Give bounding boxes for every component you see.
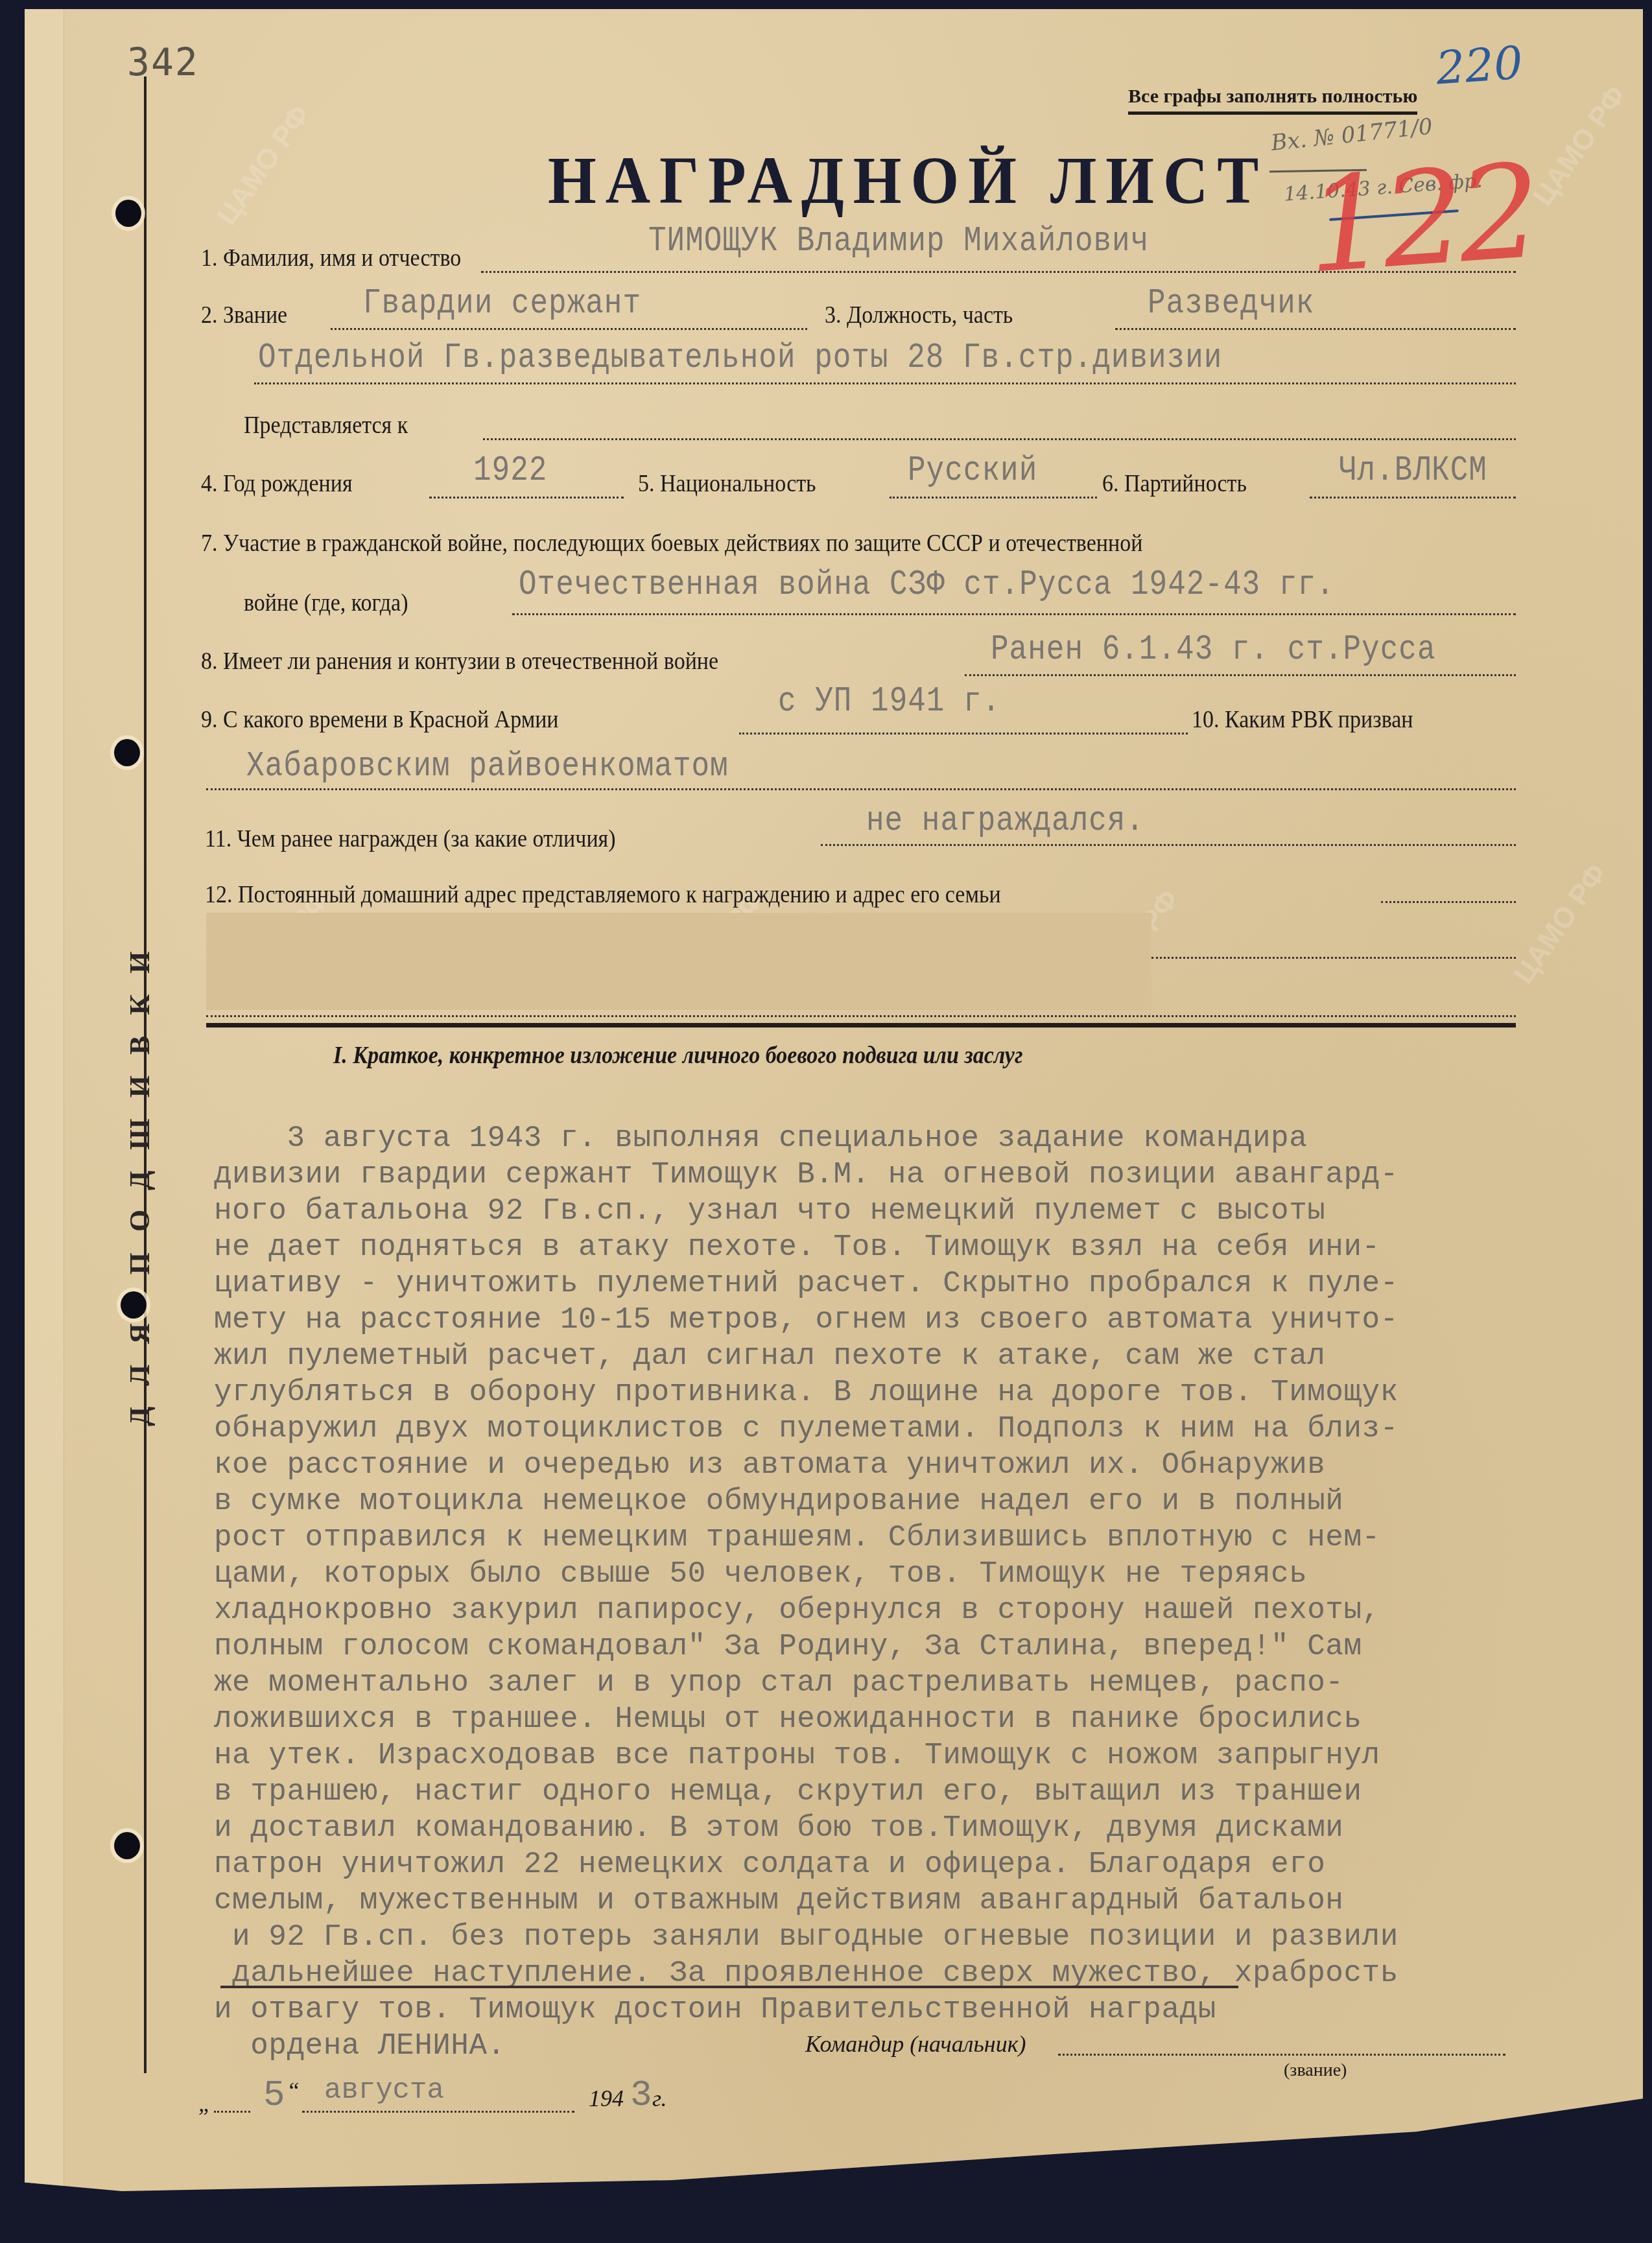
commander-label: Командир (начальник) [805, 2030, 1026, 2058]
punch-hole-icon [114, 739, 140, 766]
field-4-value: 1922 [473, 451, 547, 490]
punch-hole-icon [114, 1832, 140, 1859]
field-12-line [1381, 901, 1516, 903]
date-month: августа [324, 2074, 444, 2107]
rank-caption: (звание) [1284, 2060, 1347, 2081]
date-quote-open: „ [198, 2090, 211, 2117]
field-2-value: Гвардии сержант [363, 284, 641, 323]
margin-label: ДЛЯ ПОДШИВКИ [123, 931, 156, 1426]
field-7-label-line2: войне (где, когда) [244, 589, 408, 617]
field-2-line [331, 328, 807, 330]
field-6-line [1310, 497, 1516, 499]
narrative-text: 3 августа 1943 г. выполняя специальное з… [214, 1120, 1640, 2064]
commander-line [1058, 2054, 1505, 2056]
field-1-value: ТИМОЩУК Владимир Михайлович [648, 222, 1149, 261]
section-divider [206, 1023, 1516, 1028]
handwritten-number-blue: 220 [1434, 36, 1524, 95]
narrative-line: и доставил командованию. В этом бою тов.… [214, 1810, 1640, 1846]
narrative-line: углубляться в оборону противника. В лощи… [214, 1374, 1640, 1411]
field-6-value: Чл.ВЛКСМ [1339, 451, 1487, 490]
narrative-line: же моментально залег и в упор стал растр… [214, 1665, 1640, 1701]
narrative-line: в сумке мотоцикла немецкое обмундировани… [214, 1483, 1640, 1520]
binding-margin [25, 9, 64, 2213]
field-3-value: Разведчик [1148, 284, 1314, 323]
field-3-value-line2: Отдельной Гв.разведывательной роты 28 Гв… [258, 338, 1222, 377]
narrative-end-rule [220, 1986, 1238, 1988]
field-3-label: 3. Должность, часть [825, 301, 1013, 329]
field-5-value: Русский [908, 451, 1037, 490]
narrative-line: ложившихся в траншее. Немцы от неожиданн… [214, 1701, 1640, 1737]
date-year-prefix: 194 [589, 2085, 624, 2112]
field-12-line3 [206, 1015, 1516, 1017]
field-7-label-line1: 7. Участие в гражданской войне, последую… [201, 530, 1142, 558]
field-9-value: с УП 1941 г. [778, 682, 1000, 721]
field-12-line2 [1151, 957, 1516, 959]
field-5-line [890, 497, 1097, 499]
field-8-line [965, 674, 1516, 676]
date-year-suffix: 3 [630, 2074, 652, 2116]
punch-hole-icon [115, 200, 141, 227]
narrative-line: жил пулеметный расчет, дал сигнал пехоте… [214, 1338, 1640, 1374]
date-g: г. [652, 2085, 667, 2112]
field-8-label: 8. Имеет ли ранения и контузии в отечест… [201, 648, 718, 675]
field-4-label: 4. Год рождения [201, 470, 353, 498]
redacted-address [206, 913, 1151, 1010]
field-10-line [206, 788, 1516, 790]
narrative-line: патрон уничтожил 22 немецких солдата и о… [214, 1846, 1640, 1883]
narrative-line: в траншею, настиг одного немца, скрутил … [214, 1774, 1640, 1810]
date-month-line [302, 2111, 574, 2113]
narrative-line: хладнокровно закурил папиросу, обернулся… [214, 1592, 1640, 1628]
archive-page-number: 342 [127, 40, 199, 84]
narrative-line: циативу - уничтожить пулеметний расчет. … [214, 1265, 1640, 1302]
narrative-line: обнаружил двух мотоциклистов с пулеметам… [214, 1411, 1640, 1447]
narrative-line: не дает подняться в атаку пехоте. Тов. Т… [214, 1229, 1640, 1265]
field-11-label: 11. Чем ранее награжден (за какие отличи… [205, 825, 616, 853]
field-7-line [512, 613, 1516, 615]
presented-for-label: Представляется к [244, 412, 408, 440]
narrative-line: на утек. Израсходовав все патроны тов. Т… [214, 1737, 1640, 1774]
section-heading: I. Краткое, конкретное изложение личного… [333, 1042, 1022, 1070]
field-8-value: Ранен 6.1.43 г. ст.Русса [991, 630, 1436, 669]
narrative-line: цами, которых было свыше 50 человек, тов… [214, 1556, 1640, 1592]
field-6-label: 6. Партийность [1102, 470, 1247, 498]
field-12-label: 12. Постоянный домашний адрес представля… [205, 881, 1001, 909]
field-10-label: 10. Каким РВК призван [1192, 706, 1413, 734]
narrative-line: ного батальона 92 Гв.сп., узнал что неме… [214, 1193, 1640, 1229]
date-day-line [214, 2111, 250, 2113]
fill-instruction: Все графы заполнять полностью [1128, 86, 1417, 115]
red-registry-number: 122 [1301, 136, 1539, 303]
field-3-line [1115, 328, 1516, 330]
field-11-value: не награждался. [866, 801, 1144, 840]
field-9-line [739, 733, 1188, 734]
narrative-line: дивизии гвардии сержант Тимощук В.М. на … [214, 1157, 1640, 1193]
field-4-line [429, 497, 624, 499]
field-2-label: 2. Звание [201, 301, 287, 329]
date-day: 5 [263, 2074, 285, 2116]
narrative-line: рост отправился к немецким траншеям. Сбл… [214, 1520, 1640, 1556]
narrative-line: полным голосом скомандовал" За Родину, З… [214, 1628, 1640, 1665]
narrative-line: 3 августа 1943 г. выполняя специальное з… [214, 1120, 1640, 1157]
field-7-value: Отечественная война СЗФ ст.Русса 1942-43… [519, 565, 1335, 604]
field-11-line [821, 844, 1516, 846]
field-5-label: 5. Национальность [638, 470, 816, 498]
field-10-value: Хабаровским райвоенкоматом [246, 747, 729, 786]
document-title: НАГРАДНОЙ ЛИСТ [548, 141, 1268, 219]
narrative-line: смелым, мужественным и отважным действия… [214, 1883, 1640, 1919]
narrative-line: и 92 Гв.сп. без потерь заняли выгодные о… [214, 1919, 1640, 1955]
presented-for-line [483, 438, 1516, 440]
field-1-label: 1. Фамилия, имя и отчество [201, 244, 461, 272]
field-9-label: 9. С какого времени в Красной Армии [201, 706, 559, 734]
field-1-line [481, 271, 1516, 273]
narrative-line: кое расстояние и очередью из автомата ун… [214, 1447, 1640, 1483]
narrative-line: мету на расстояние 10-15 метров, огнем и… [214, 1302, 1640, 1338]
field-3-line2 [254, 382, 1516, 384]
narrative-line: и отвагу тов. Тимощук достоин Правительс… [214, 1991, 1640, 2028]
date-quote-close: “ [287, 2077, 300, 2104]
